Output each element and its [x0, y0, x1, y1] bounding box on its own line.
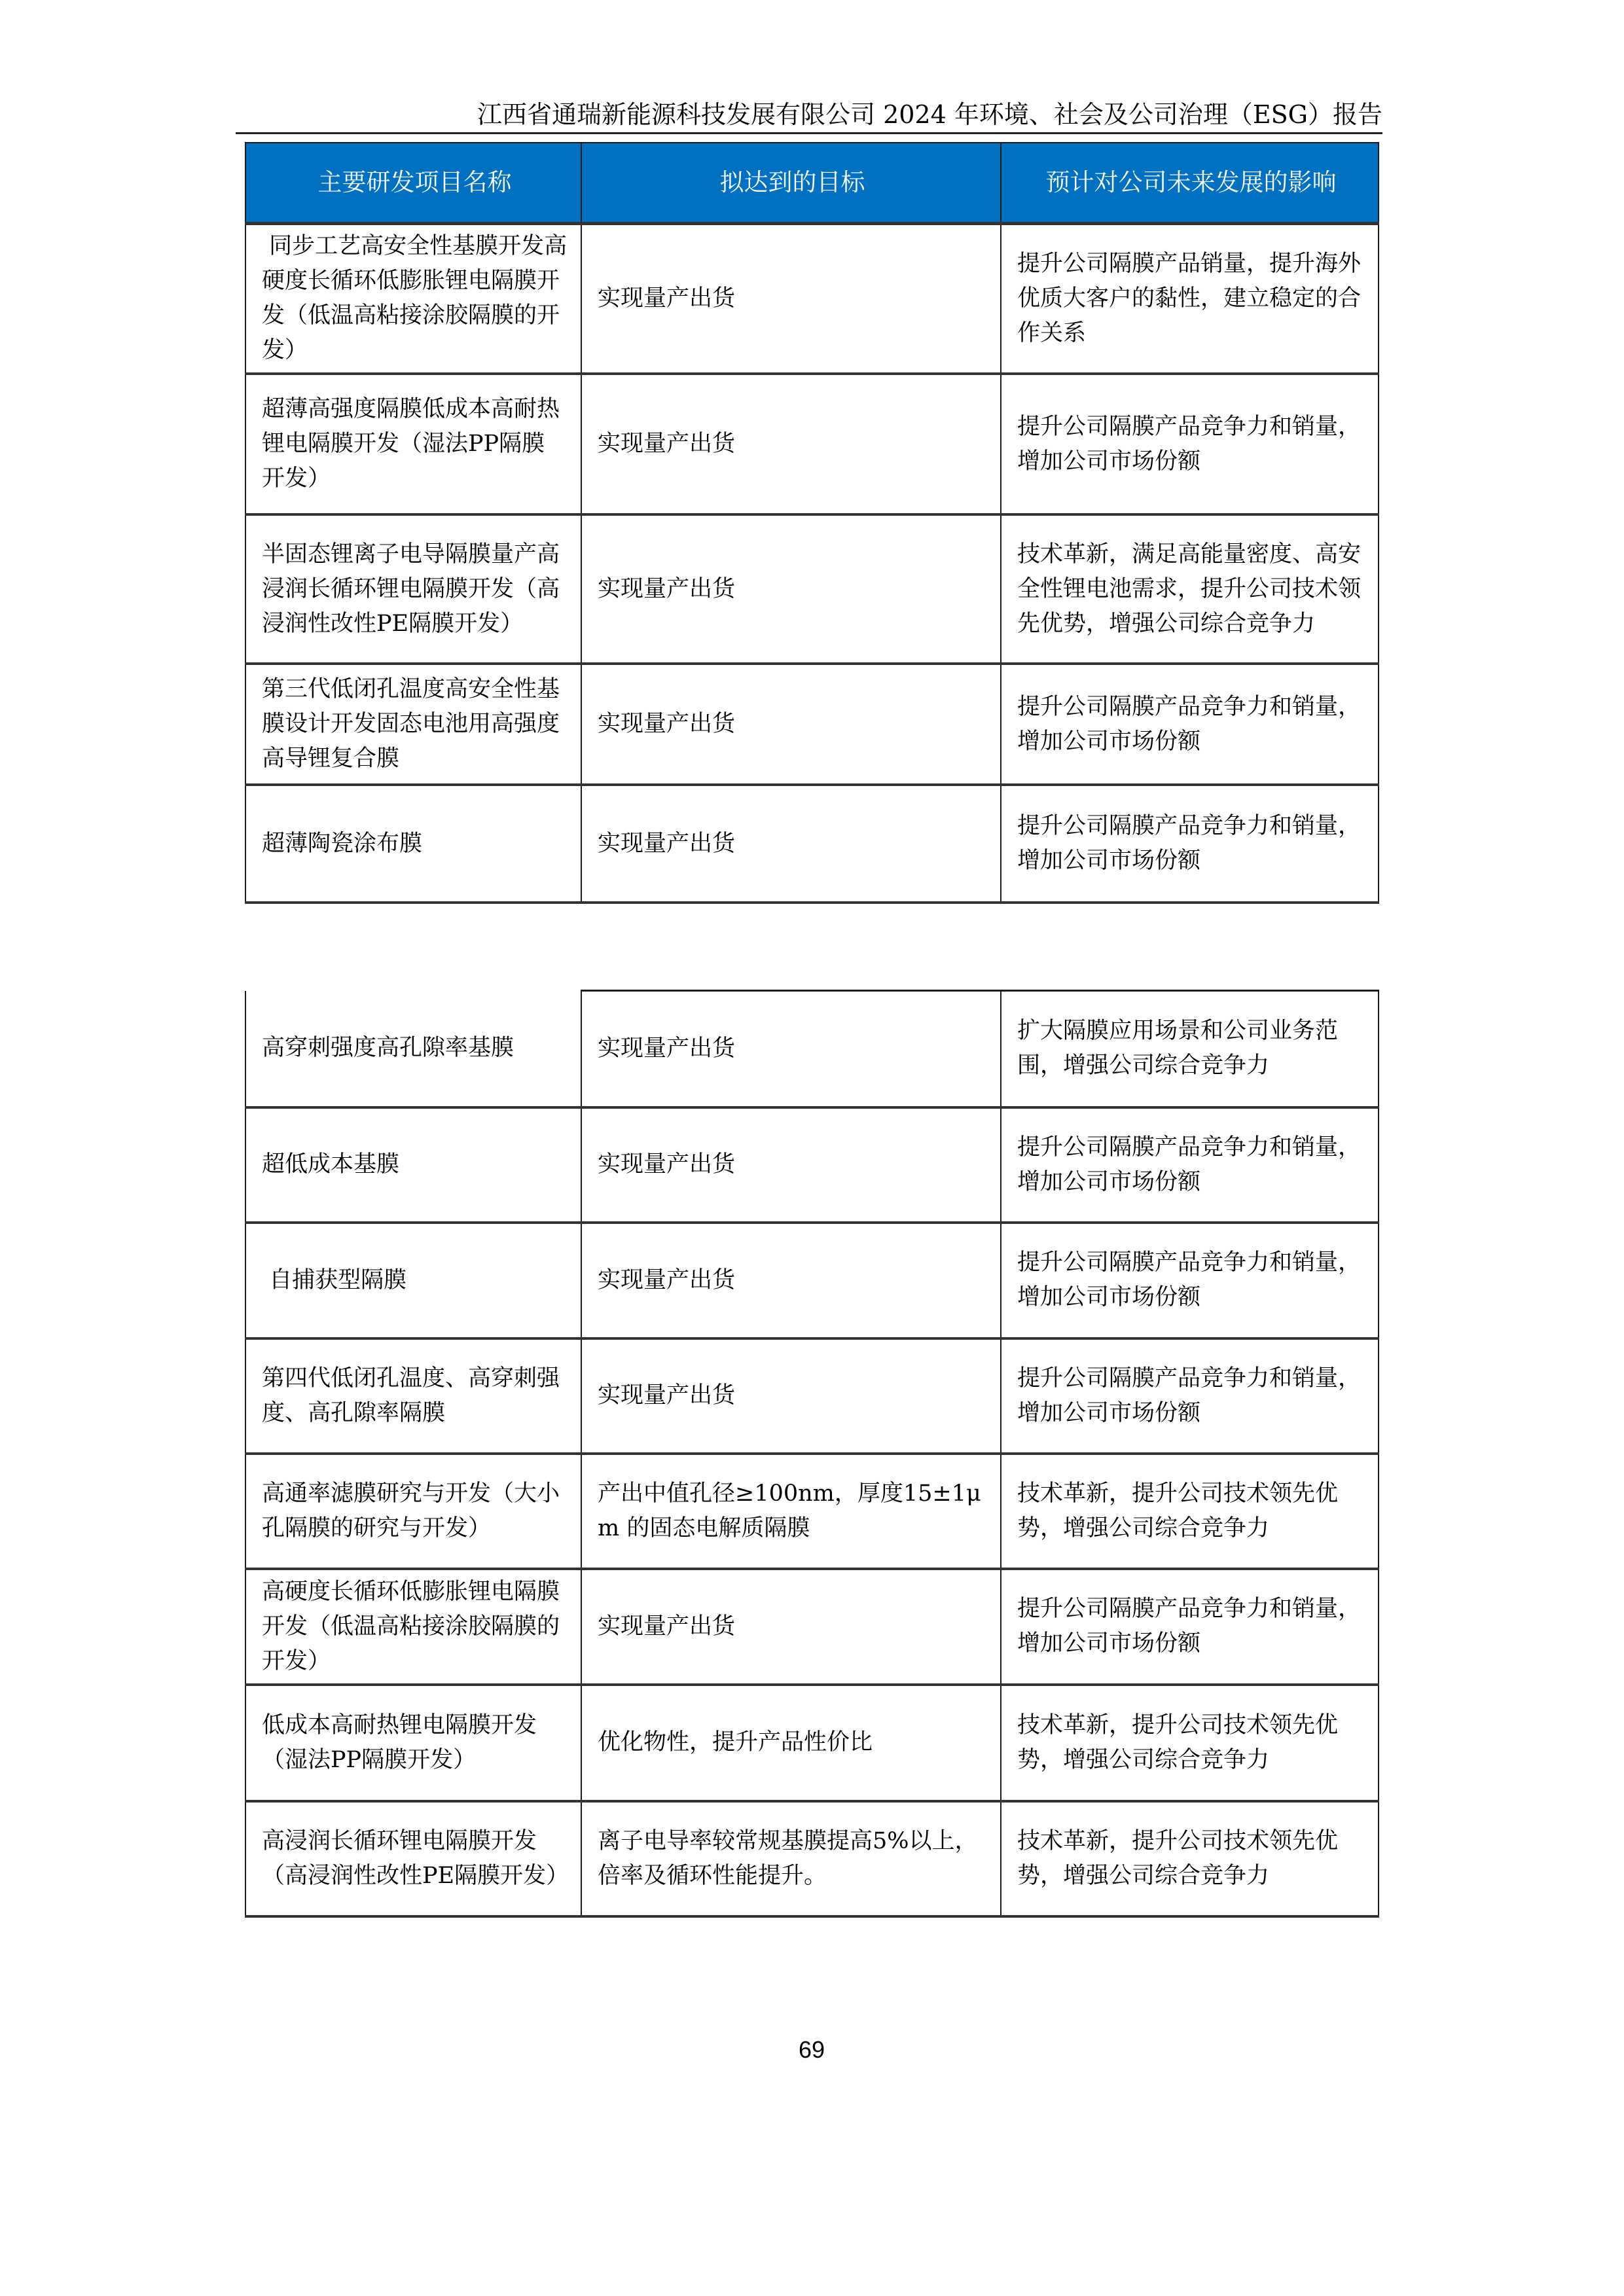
table-row: 同步工艺高安全性基膜开发高硬度长循环低膨胀锂电隔膜开发（低温高粘接涂胶隔膜的开发… [245, 223, 1379, 374]
table-row: 第三代低闭孔温度高安全性基膜设计开发固态电池用高强度高导锂复合膜 实现量产出货 … [245, 664, 1379, 785]
table-row: 高硬度长循环低膨胀锂电隔膜开发（低温高粘接涂胶隔膜的开发） 实现量产出货 提升公… [245, 1569, 1379, 1685]
goal-cell: 实现量产出货 [581, 991, 1001, 1107]
project-name-cell: 高硬度长循环低膨胀锂电隔膜开发（低温高粘接涂胶隔膜的开发） [245, 1569, 581, 1685]
impact-cell: 提升公司隔膜产品竞争力和销量，增加公司市场份额 [1001, 1569, 1379, 1685]
impact-cell: 技术革新，满足高能量密度、高安全性锂电池需求，提升公司技术领先优势，增强公司综合… [1001, 514, 1379, 664]
table-row: 超低成本基膜 实现量产出货 提升公司隔膜产品竞争力和销量，增加公司市场份额 [245, 1107, 1379, 1223]
goal-cell: 实现量产出货 [581, 514, 1001, 664]
impact-cell: 提升公司隔膜产品竞争力和销量，增加公司市场份额 [1001, 1338, 1379, 1454]
impact-cell: 技术革新，提升公司技术领先优势，增强公司综合竞争力 [1001, 1801, 1379, 1916]
goal-cell: 实现量产出货 [581, 374, 1001, 514]
impact-cell: 扩大隔膜应用场景和公司业务范围，增强公司综合竞争力 [1001, 991, 1379, 1107]
column-header-impact: 预计对公司未来发展的影响 [1001, 143, 1379, 223]
column-header-project-name: 主要研发项目名称 [245, 143, 581, 223]
page-header-title: 江西省通瑞新能源科技发展有限公司 2024 年环境、社会及公司治理（ESG）报告 [236, 98, 1382, 131]
header-divider [236, 132, 1382, 134]
goal-cell: 离子电导率较常规基膜提高5%以上，倍率及循环性能提升。 [581, 1801, 1001, 1916]
goal-cell: 产出中值孔径≥100nm，厚度15±1μm 的固态电解质隔膜 [581, 1454, 1001, 1569]
table-row: 第四代低闭孔温度、高穿刺强度、高孔隙率隔膜 实现量产出货 提升公司隔膜产品竞争力… [245, 1338, 1379, 1454]
goal-cell: 优化物性，提升产品性价比 [581, 1685, 1001, 1801]
impact-cell: 提升公司隔膜产品竞争力和销量，增加公司市场份额 [1001, 1223, 1379, 1338]
goal-cell: 实现量产出货 [581, 664, 1001, 785]
goal-cell: 实现量产出货 [581, 1569, 1001, 1685]
impact-cell: 提升公司隔膜产品销量，提升海外优质大客户的黏性，建立稳定的合作关系 [1001, 223, 1379, 374]
table-row: 自捕获型隔膜 实现量产出货 提升公司隔膜产品竞争力和销量，增加公司市场份额 [245, 1223, 1379, 1338]
impact-cell: 提升公司隔膜产品竞争力和销量，增加公司市场份额 [1001, 664, 1379, 785]
impact-cell: 提升公司隔膜产品竞争力和销量，增加公司市场份额 [1001, 785, 1379, 903]
project-name-cell: 自捕获型隔膜 [245, 1223, 581, 1338]
project-name-cell: 高通率滤膜研究与开发（大小孔隔膜的研究与开发） [245, 1454, 581, 1569]
goal-cell: 实现量产出货 [581, 1338, 1001, 1454]
rd-projects-table-part2: 高穿刺强度高孔隙率基膜 实现量产出货 扩大隔膜应用场景和公司业务范围，增强公司综… [245, 990, 1379, 1918]
project-name-cell: 低成本高耐热锂电隔膜开发（湿法PP隔膜开发） [245, 1685, 581, 1801]
project-name-cell: 高浸润长循环锂电隔膜开发（高浸润性改性PE隔膜开发） [245, 1801, 581, 1916]
table-row: 高浸润长循环锂电隔膜开发（高浸润性改性PE隔膜开发） 离子电导率较常规基膜提高5… [245, 1801, 1379, 1916]
project-name-cell: 高穿刺强度高孔隙率基膜 [245, 991, 581, 1107]
project-name-cell: 超薄高强度隔膜低成本高耐热锂电隔膜开发（湿法PP隔膜开发） [245, 374, 581, 514]
column-header-goal: 拟达到的目标 [581, 143, 1001, 223]
goal-cell: 实现量产出货 [581, 785, 1001, 903]
table-row: 超薄陶瓷涂布膜 实现量产出货 提升公司隔膜产品竞争力和销量，增加公司市场份额 [245, 785, 1379, 903]
table-row: 高穿刺强度高孔隙率基膜 实现量产出货 扩大隔膜应用场景和公司业务范围，增强公司综… [245, 991, 1379, 1107]
goal-cell: 实现量产出货 [581, 223, 1001, 374]
project-name-cell: 超低成本基膜 [245, 1107, 581, 1223]
impact-cell: 技术革新，提升公司技术领先优势，增强公司综合竞争力 [1001, 1454, 1379, 1569]
goal-cell: 实现量产出货 [581, 1223, 1001, 1338]
project-name-cell: 第四代低闭孔温度、高穿刺强度、高孔隙率隔膜 [245, 1338, 581, 1454]
table-row: 半固态锂离子电导隔膜量产高浸润长循环锂电隔膜开发（高浸润性改性PE隔膜开发） 实… [245, 514, 1379, 664]
project-name-cell: 超薄陶瓷涂布膜 [245, 785, 581, 903]
table-row: 超薄高强度隔膜低成本高耐热锂电隔膜开发（湿法PP隔膜开发） 实现量产出货 提升公… [245, 374, 1379, 514]
impact-cell: 提升公司隔膜产品竞争力和销量，增加公司市场份额 [1001, 374, 1379, 514]
project-name-cell: 同步工艺高安全性基膜开发高硬度长循环低膨胀锂电隔膜开发（低温高粘接涂胶隔膜的开发… [245, 223, 581, 374]
goal-cell: 实现量产出货 [581, 1107, 1001, 1223]
project-name-cell: 半固态锂离子电导隔膜量产高浸润长循环锂电隔膜开发（高浸润性改性PE隔膜开发） [245, 514, 581, 664]
rd-projects-table-part1: 主要研发项目名称 拟达到的目标 预计对公司未来发展的影响 同步工艺高安全性基膜开… [245, 142, 1379, 904]
project-name-cell: 第三代低闭孔温度高安全性基膜设计开发固态电池用高强度高导锂复合膜 [245, 664, 581, 785]
impact-cell: 提升公司隔膜产品竞争力和销量，增加公司市场份额 [1001, 1107, 1379, 1223]
page-number: 69 [746, 2037, 877, 2063]
impact-cell: 技术革新，提升公司技术领先优势，增强公司综合竞争力 [1001, 1685, 1379, 1801]
table-header-row: 主要研发项目名称 拟达到的目标 预计对公司未来发展的影响 [245, 143, 1379, 223]
table-row: 高通率滤膜研究与开发（大小孔隔膜的研究与开发） 产出中值孔径≥100nm，厚度1… [245, 1454, 1379, 1569]
table-row: 低成本高耐热锂电隔膜开发（湿法PP隔膜开发） 优化物性，提升产品性价比 技术革新… [245, 1685, 1379, 1801]
